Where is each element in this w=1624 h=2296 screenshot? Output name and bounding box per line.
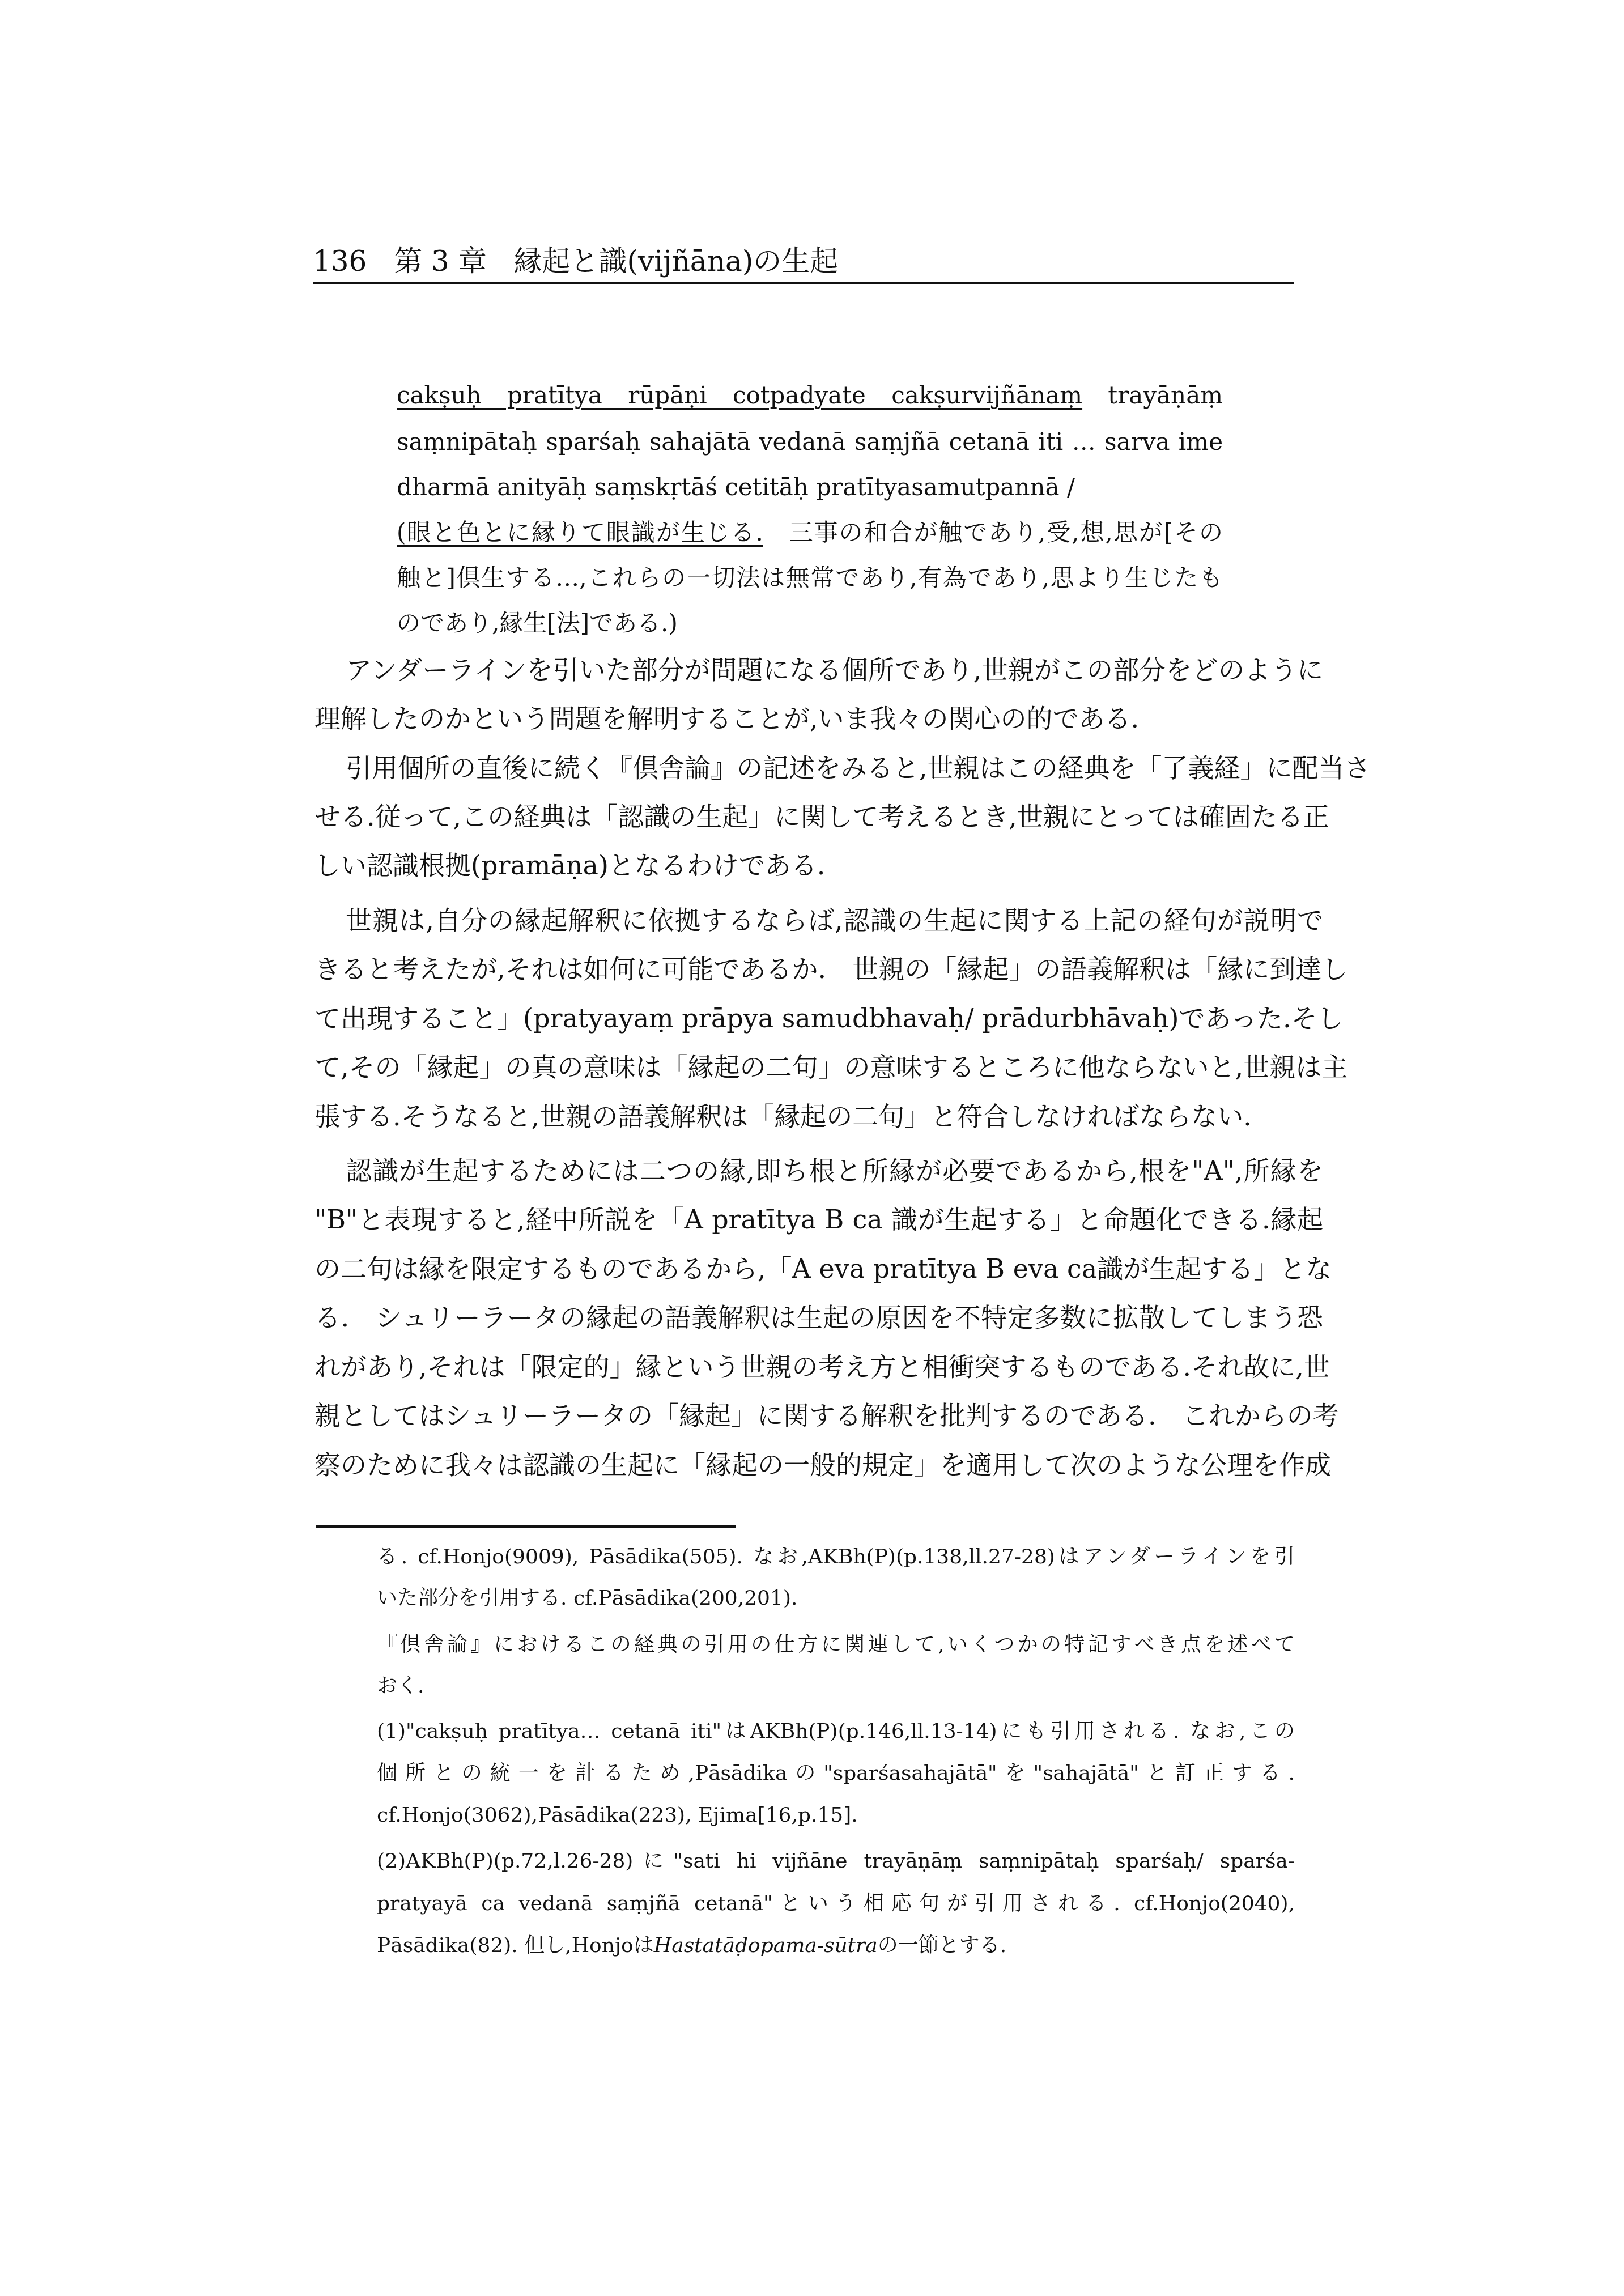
quote-translation-line: 触と]倶生する…,これらの一切法は無常であり,有為であり,思より生じたも	[397, 561, 1223, 595]
quote-line: dharmā anityāḥ saṃskṛtāś cetitāḥ pratīty…	[397, 470, 1223, 504]
footnote-line: る. cf.Honjo(9009), Pāsādika(505). なお,AKB…	[377, 1542, 1295, 1572]
quote-translation-line: のであり,縁生[法]である.)	[397, 606, 1223, 640]
running-header: 136 第 3 章 縁起と識(vijñāna)の生起	[313, 243, 1294, 284]
underlined-passage: cakṣuḥ pratītya rūpāṇi cotpadyate cakṣur…	[397, 381, 1082, 409]
body-line: れがあり,それは「限定的」縁という世親の考え方と相衝突するものである.それ故に,…	[314, 1350, 1323, 1384]
body-line: せる.従って,この経典は「認識の生起」に関して考えるとき,世親にとっては確固たる…	[314, 800, 1323, 834]
footnote-line: おく.	[377, 1672, 1295, 1701]
footnote-line: (2)AKBh(P)(p.72,l.26-28)に"sati hi vijñān…	[377, 1847, 1295, 1876]
footnote-line: cf.Honjo(3062),Pāsādika(223), Ejima[16,p…	[377, 1801, 1295, 1830]
body-line: る. シュリーラータの縁起の語義解釈は生起の原因を不特定多数に拡散してしまう恐	[314, 1300, 1323, 1334]
footnote-rule	[316, 1525, 736, 1528]
body-line: て,その「縁起」の真の意味は「縁起の二句」の意味するところに他ならないと,世親は…	[314, 1050, 1323, 1084]
footnote-line: いた部分を引用する. cf.Pāsādika(200,201).	[377, 1584, 1295, 1613]
body-line: "B"と表現すると,経中所説を「A pratītya B ca 識が生起する」と…	[314, 1202, 1323, 1236]
body-line: 親としてはシュリーラータの「縁起」に関する解釈を批判するのである. これからの考	[314, 1398, 1323, 1432]
footnote-line: 個所との統一を計るため,Pāsādikaの"sparśasahajātā"を"s…	[377, 1759, 1295, 1788]
body-line: 認識が生起するためには二つの縁,即ち根と所縁が必要であるから,根を"A",所縁を	[346, 1154, 1323, 1188]
body-line: 引用個所の直後に続く『倶舎論』の記述をみると,世親はこの経典を「了義経」に配当さ	[346, 751, 1323, 785]
footnote-line: pratyayā ca vedanā saṃjñā cetanā"という相応句が…	[377, 1889, 1295, 1919]
body-line: しい認識根拠(pramāṇa)となるわけである.	[314, 848, 1323, 882]
sutra-title: Hastatāḍopama-sūtra	[654, 1934, 878, 1957]
quote-line: saṃnipātaḥ sparśaḥ sahajātā vedanā saṃjñ…	[397, 425, 1223, 459]
underlined-translation: (眼と色とに縁りて眼識が生じる.	[397, 518, 763, 546]
book-page: 136 第 3 章 縁起と識(vijñāna)の生起 cakṣuḥ pratīt…	[0, 0, 1624, 2296]
chapter-label: 第 3 章	[394, 245, 487, 278]
body-line: て出現すること」(pratyayaṃ prāpya samudbhavaḥ/ p…	[314, 1001, 1323, 1035]
body-line: きると考えたが,それは如何に可能であるか. 世親の「縁起」の語義解釈は「縁に到達…	[314, 952, 1323, 986]
body-line: 張する.そうなると,世親の語義解釈は「縁起の二句」と符合しなければならない.	[314, 1099, 1323, 1133]
footnote-line: 『倶舎論』におけるこの経典の引用の仕方に関連して,いくつかの特記すべき点を述べて	[377, 1630, 1295, 1660]
chapter-title: 縁起と識(vijñāna)の生起	[513, 245, 838, 278]
body-line: 察のために我々は認識の生起に「縁起の一般的規定」を適用して次のような公理を作成	[314, 1448, 1323, 1482]
quote-line: cakṣuḥ pratītya rūpāṇi cotpadyate cakṣur…	[397, 379, 1223, 413]
body-line: 世親は,自分の縁起解釈に依拠するならば,認識の生起に関する上記の経句が説明で	[346, 903, 1323, 937]
footnote-line: Pāsādika(82). 但し,HonjoはHastatāḍopama-sūt…	[377, 1931, 1295, 1961]
page-number: 136	[313, 245, 367, 278]
body-line: アンダーラインを引いた部分が問題になる個所であり,世親がこの部分をどのように	[346, 653, 1323, 687]
quote-translation-line: (眼と色とに縁りて眼識が生じる. 三事の和合が触であり,受,想,思が[その	[397, 516, 1223, 550]
body-line: の二句は縁を限定するものであるから,「A eva pratītya B eva …	[314, 1252, 1323, 1286]
body-line: 理解したのかという問題を解明することが,いま我々の関心の的である.	[314, 701, 1323, 735]
footnote-line: (1)"cakṣuḥ pratītya… cetanā iti"はAKBh(P)…	[377, 1717, 1295, 1746]
